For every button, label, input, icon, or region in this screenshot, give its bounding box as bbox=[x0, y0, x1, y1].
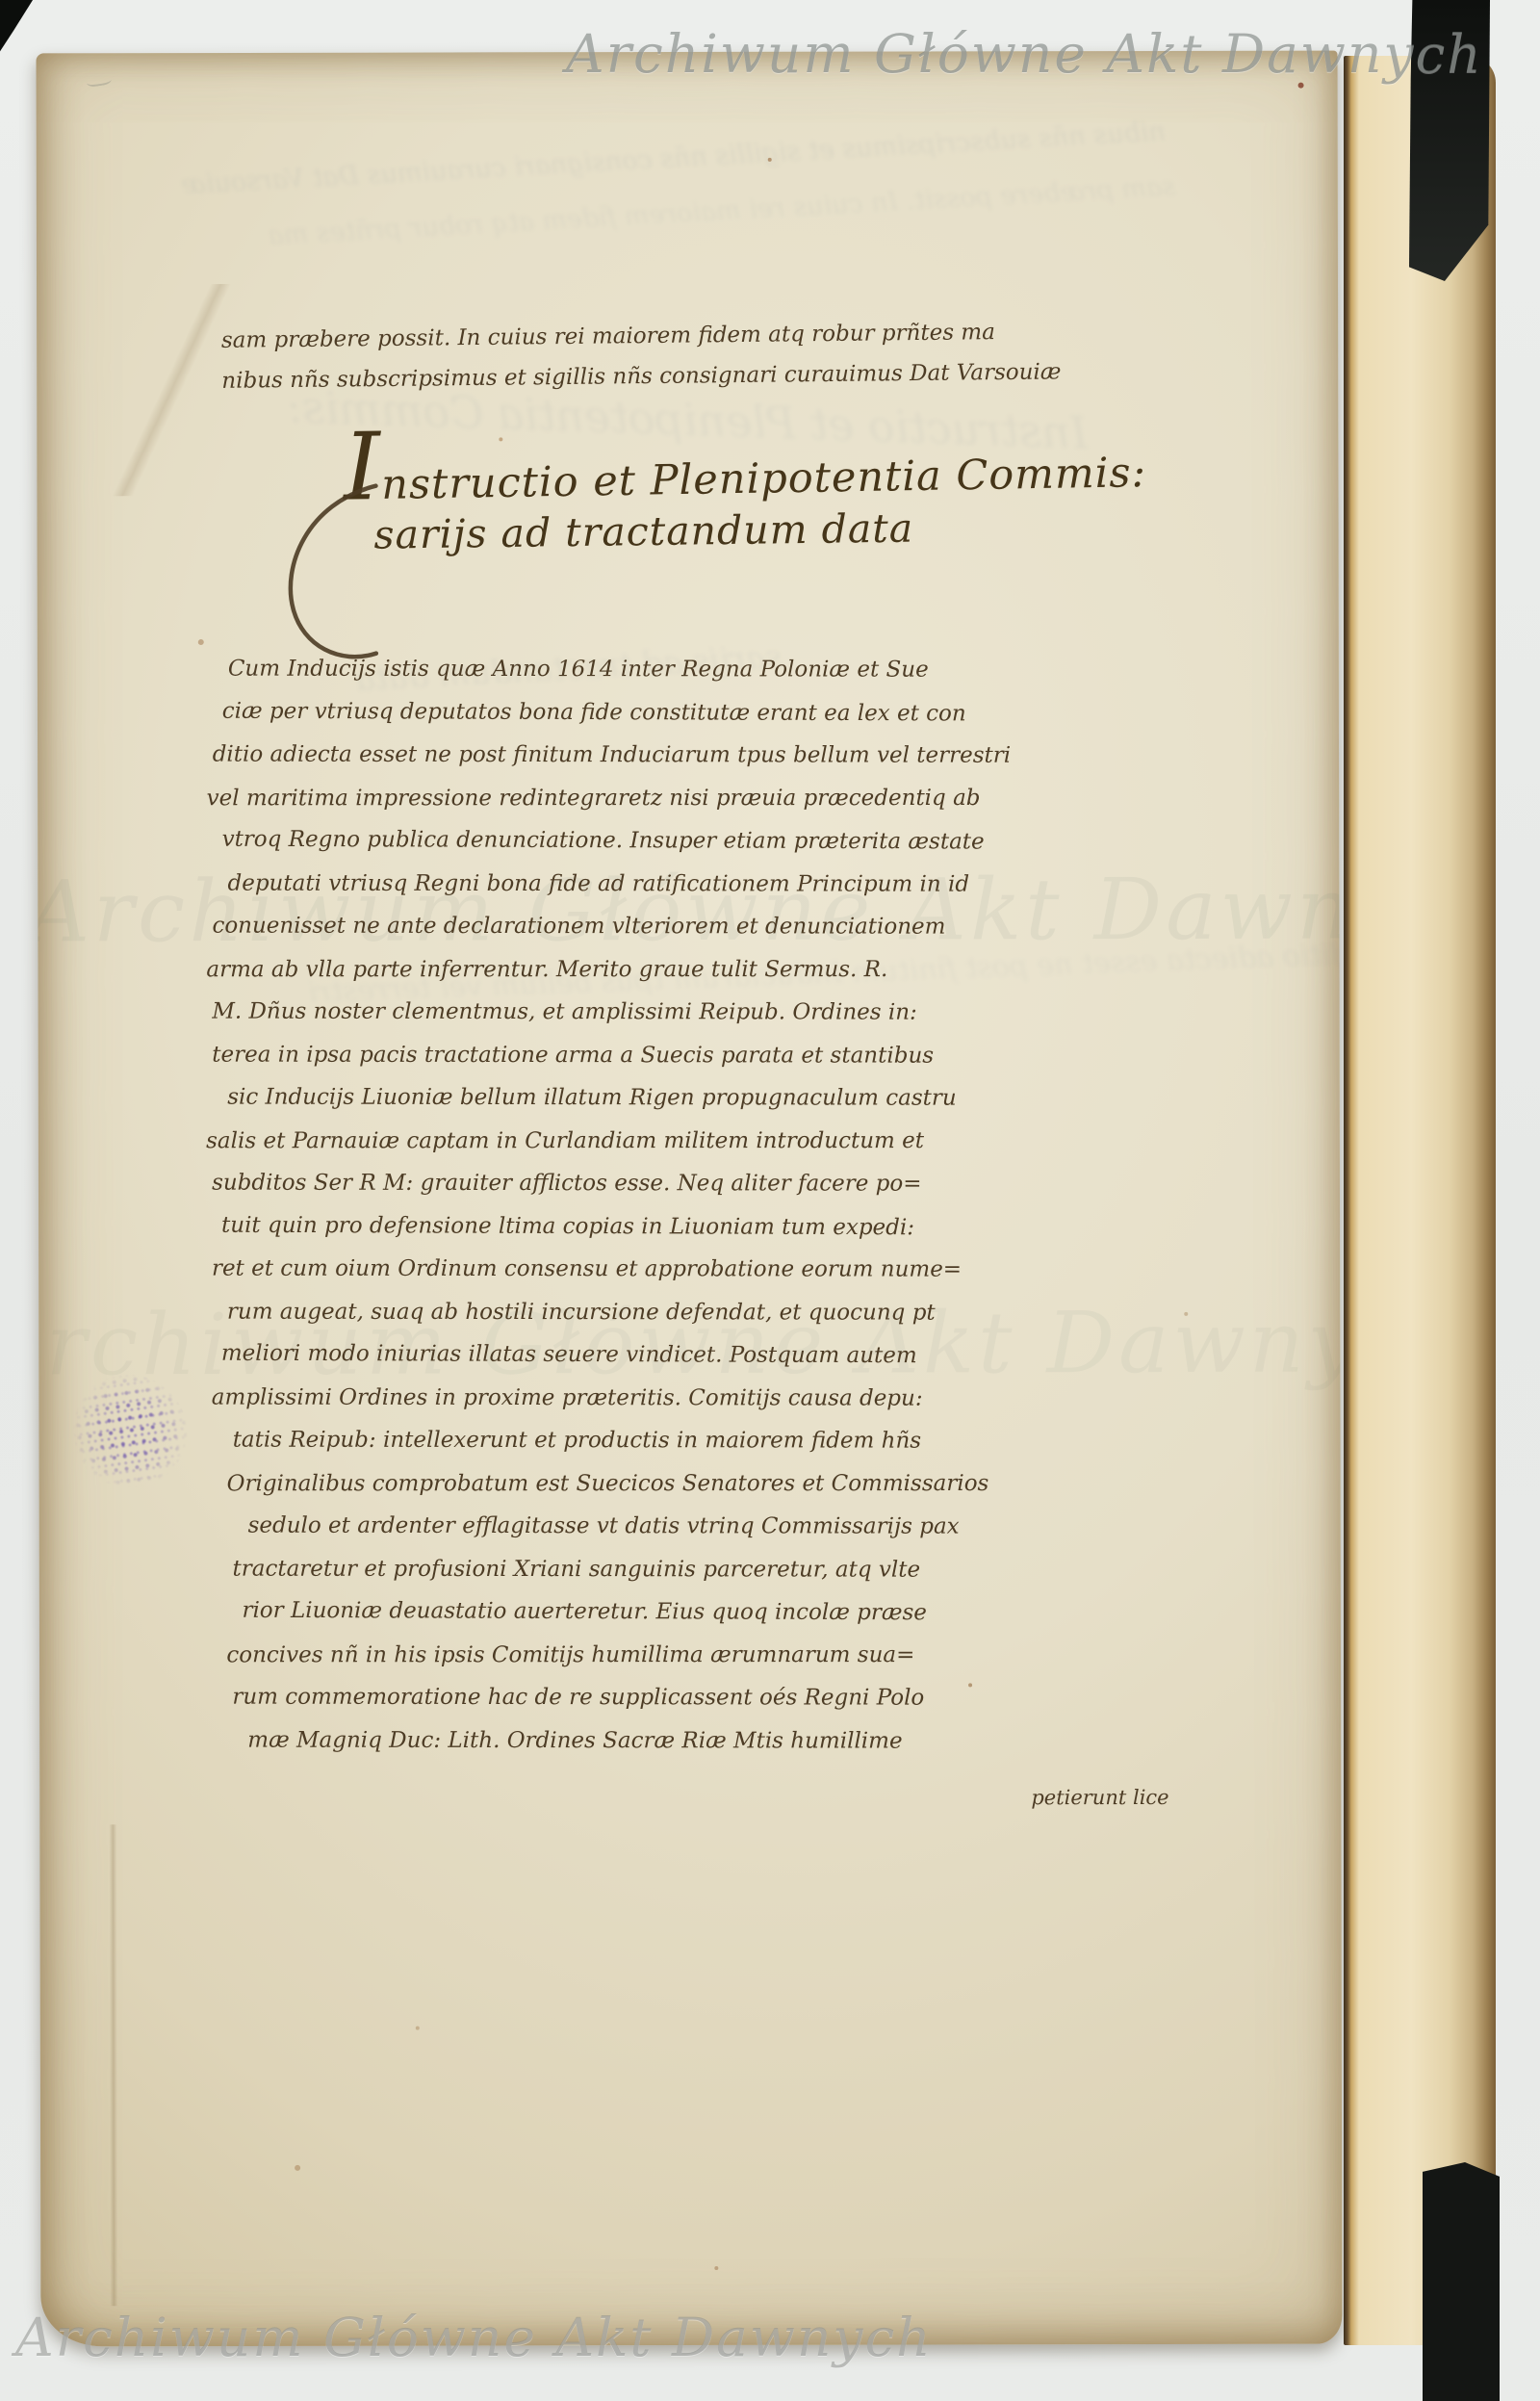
manuscript-line: concives nñ in his ipsis Comitijs humill… bbox=[226, 1642, 1003, 1686]
foxing-spots bbox=[94, 120, 98, 124]
manuscript-line: conuenisset ne ante declarationem vlteri… bbox=[212, 914, 1010, 958]
archive-watermark-top: Archiwum Główne Akt Dawnych bbox=[566, 23, 1483, 85]
calligraphic-flourish bbox=[268, 475, 393, 677]
manuscript-line: rior Liuoniæ deuastatio auerteretur. Eiu… bbox=[242, 1598, 1019, 1643]
manuscript-line: subditos Ser R M: grauiter afflictos ess… bbox=[212, 1171, 1010, 1215]
manuscript-line: amplissimi Ordines in proxime præteritis… bbox=[212, 1384, 1010, 1429]
manuscript-line: deputati vtriusq Regni bona fide ad rati… bbox=[227, 870, 1025, 915]
next-page-edge bbox=[1344, 56, 1496, 2345]
paper-crease bbox=[109, 1824, 117, 2306]
manuscript-line: mæ Magniq Duc: Lith. Ordines Sacræ Riæ M… bbox=[247, 1727, 1024, 1771]
manuscript-line: M. Dñus noster clementmus, et amplissimi… bbox=[212, 999, 1010, 1044]
manuscript-line: sic Inducijs Liuoniæ bellum illatum Rige… bbox=[227, 1085, 1025, 1129]
manuscript-line: Cum Inducijs istis quæ Anno 1614 inter R… bbox=[228, 657, 1026, 701]
manuscript-line: sedulo et ardenter efflagitasse vt datis… bbox=[248, 1513, 1025, 1558]
manuscript-line: ditio adiecta esset ne post finitum Indu… bbox=[213, 742, 1011, 787]
manuscript-line: rum augeat, suaq ab hostili incursione d… bbox=[227, 1299, 1025, 1343]
manuscript-line: tatis Reipub: intellexerunt et productis… bbox=[233, 1428, 1010, 1472]
body-text-block: Cum Inducijs istis quæ Anno 1614 inter R… bbox=[211, 657, 1011, 1771]
manuscript-line: ciæ per vtriusq deputatos bona fide cons… bbox=[222, 698, 1021, 743]
manuscript-page: nibus nñs subscripsimus et sigillis nñs … bbox=[37, 51, 1343, 2347]
document-title-line-2: sarijs ad tractandum data bbox=[373, 505, 913, 570]
manuscript-line: arma ab vlla parte inferrentur. Merito g… bbox=[206, 957, 1004, 1000]
document-title-line-1: Instructio et Plenipotentia Commis: bbox=[343, 400, 1146, 472]
manuscript-line: Originalibus comprobatum est Suecicos Se… bbox=[227, 1471, 1004, 1514]
catchword: petierunt lice bbox=[1031, 1786, 1168, 1809]
archive-watermark-bottom: Archiwum Główne Akt Dawnych bbox=[15, 2307, 933, 2368]
corner-mark bbox=[0, 0, 44, 60]
manuscript-line: rum commemoratione hac de re supplicasse… bbox=[232, 1685, 1009, 1729]
manuscript-line: vel maritima impressione redintegraretz … bbox=[207, 786, 1005, 829]
manuscript-line: tractaretur et profusioni Xriani sanguin… bbox=[232, 1556, 1009, 1600]
manuscript-line: ret et cum oium Ordinum consensu et appr… bbox=[212, 1256, 1010, 1301]
scanned-document: nibus nñs subscripsimus et sigillis nñs … bbox=[0, 0, 1540, 2401]
manuscript-line: meliori modo iniurias illatas seuere vin… bbox=[221, 1341, 1020, 1386]
manuscript-line: terea in ipsa pacis tractatione arma a S… bbox=[212, 1042, 1010, 1086]
bookmark-ribbon-bottom bbox=[1423, 2162, 1500, 2401]
pencil-mark bbox=[86, 73, 112, 89]
manuscript-line: vtroq Regno publica denunciatione. Insup… bbox=[221, 827, 1020, 872]
preamble-block: sam præbere possit. In cuius rei maiorem… bbox=[221, 319, 1062, 408]
manuscript-line: tuit quin pro defensione ltima copias in… bbox=[221, 1212, 1020, 1257]
manuscript-line: salis et Parnauiæ captam in Curlandiam m… bbox=[206, 1128, 1004, 1172]
